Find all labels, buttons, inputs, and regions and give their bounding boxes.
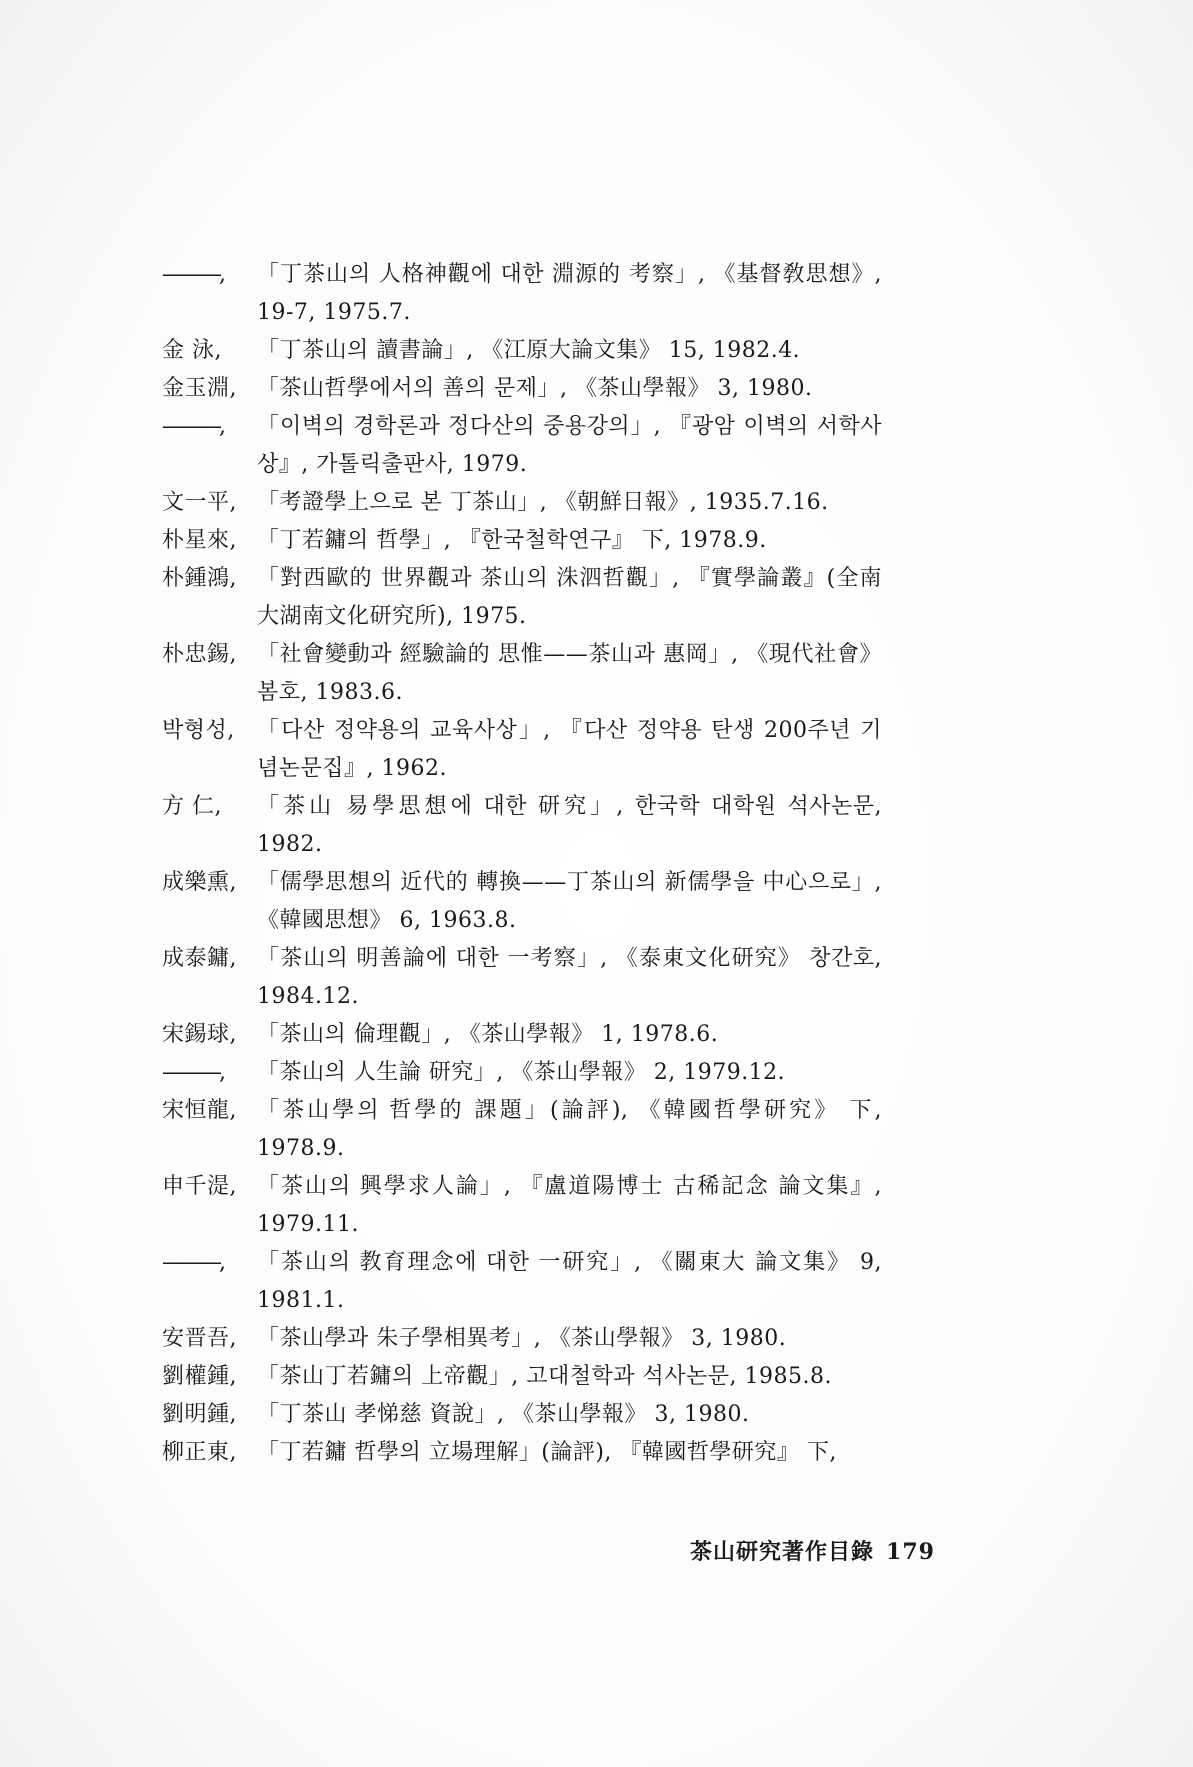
- book-page: ———,「丁茶山의 人格神觀에 대한 淵源的 考察」, 《基督敎思想》, 19-…: [0, 0, 1193, 1767]
- entry-text: 「丁茶山 孝悌慈 資說」, 《茶山學報》 3, 1980.: [257, 1396, 882, 1434]
- entry-author: 申千湜,: [162, 1168, 257, 1244]
- footer-title: 茶山研究著作目錄: [690, 1540, 874, 1565]
- entry-author: 文一平,: [162, 484, 257, 522]
- entry-text: 「茶山의 人生論 研究」, 《茶山學報》 2, 1979.12.: [257, 1054, 882, 1092]
- bibliography-entry: 朴忠錫,「社會變動과 經驗論的 思惟——茶山과 惠岡」, 《現代社會》 봄호, …: [162, 636, 882, 712]
- entry-author: 金玉淵,: [162, 370, 257, 408]
- entry-author: 朴忠錫,: [162, 636, 257, 712]
- running-footer: 茶山研究著作目錄179: [690, 1535, 935, 1566]
- bibliography-entry: 成泰鏞,「茶山의 明善論에 대한 一考察」, 《泰東文化研究》 창간호, 198…: [162, 940, 882, 1016]
- entry-text: 「丁若鏞의 哲學」, 『한국철학연구』 下, 1978.9.: [257, 522, 882, 560]
- bibliography-entry: 宋錫球,「茶山의 倫理觀」, 《茶山學報》 1, 1978.6.: [162, 1016, 882, 1054]
- bibliography-entry: 劉明鍾,「丁茶山 孝悌慈 資說」, 《茶山學報》 3, 1980.: [162, 1396, 882, 1434]
- entry-text: 「丁若鏞 哲學의 立場理解」(論評), 『韓國哲學研究』 下,: [257, 1434, 882, 1472]
- entry-author: 金 泳,: [162, 332, 257, 370]
- bibliography-entry: ———,「이벽의 경학론과 정다산의 중용강의」, 『광암 이벽의 서학사상』,…: [162, 408, 882, 484]
- entry-author: ———,: [162, 408, 257, 484]
- entry-text: 「考證學上으로 본 丁茶山」, 《朝鮮日報》, 1935.7.16.: [257, 484, 882, 522]
- bibliography-entry: ———,「茶山의 教育理念에 대한 一研究」, 《關東大 論文集》 9, 198…: [162, 1244, 882, 1320]
- entry-text: 「茶山의 倫理觀」, 《茶山學報》 1, 1978.6.: [257, 1016, 882, 1054]
- bibliography-entry: ———,「茶山의 人生論 研究」, 《茶山學報》 2, 1979.12.: [162, 1054, 882, 1092]
- entry-author: 成樂熏,: [162, 864, 257, 940]
- entry-text: 「茶山의 興學求人論」, 『盧道陽博士 古稀記念 論文集』, 1979.11.: [257, 1168, 882, 1244]
- entry-author: 劉權鍾,: [162, 1358, 257, 1396]
- entry-text: 「茶山의 明善論에 대한 一考察」, 《泰東文化研究》 창간호, 1984.12…: [257, 940, 882, 1016]
- entry-text: 「茶山 易學思想에 대한 研究」, 한국학 대학원 석사논문, 1982.: [257, 788, 882, 864]
- bibliography-entry: ———,「丁茶山의 人格神觀에 대한 淵源的 考察」, 《基督敎思想》, 19-…: [162, 256, 882, 332]
- entry-author: ———,: [162, 1244, 257, 1320]
- entry-text: 「茶山丁若鏞의 上帝觀」, 고대철학과 석사논문, 1985.8.: [257, 1358, 882, 1396]
- bibliography-entry: 安晋吾,「茶山學과 朱子學相異考」, 《茶山學報》 3, 1980.: [162, 1320, 882, 1358]
- entry-author: 朴星來,: [162, 522, 257, 560]
- entry-author: 朴鍾鴻,: [162, 560, 257, 636]
- entry-text: 「이벽의 경학론과 정다산의 중용강의」, 『광암 이벽의 서학사상』, 가톨릭…: [257, 408, 882, 484]
- entry-text: 「社會變動과 經驗論的 思惟——茶山과 惠岡」, 《現代社會》 봄호, 1983…: [257, 636, 882, 712]
- bibliography-list: ———,「丁茶山의 人格神觀에 대한 淵源的 考察」, 《基督敎思想》, 19-…: [162, 256, 882, 1472]
- entry-author: 柳正東,: [162, 1434, 257, 1472]
- bibliography-entry: 朴星來,「丁若鏞의 哲學」, 『한국철학연구』 下, 1978.9.: [162, 522, 882, 560]
- entry-author: ———,: [162, 1054, 257, 1092]
- entry-author: 安晋吾,: [162, 1320, 257, 1358]
- entry-text: 「丁茶山의 讀書論」, 《江原大論文集》 15, 1982.4.: [257, 332, 882, 370]
- bibliography-entry: 柳正東,「丁若鏞 哲學의 立場理解」(論評), 『韓國哲學研究』 下,: [162, 1434, 882, 1472]
- entry-author: 宋錫球,: [162, 1016, 257, 1054]
- entry-author: ———,: [162, 256, 257, 332]
- entry-text: 「茶山學의 哲學的 課題」(論評), 《韓國哲學研究》 下, 1978.9.: [257, 1092, 882, 1168]
- bibliography-entry: 申千湜,「茶山의 興學求人論」, 『盧道陽博士 古稀記念 論文集』, 1979.…: [162, 1168, 882, 1244]
- entry-author: 方 仁,: [162, 788, 257, 864]
- bibliography-entry: 文一平,「考證學上으로 본 丁茶山」, 《朝鮮日報》, 1935.7.16.: [162, 484, 882, 522]
- bibliography-entry: 宋恒龍,「茶山學의 哲學的 課題」(論評), 《韓國哲學研究》 下, 1978.…: [162, 1092, 882, 1168]
- entry-text: 「茶山哲學에서의 善의 문제」, 《茶山學報》 3, 1980.: [257, 370, 882, 408]
- entry-author: 宋恒龍,: [162, 1092, 257, 1168]
- page-number: 179: [886, 1539, 935, 1565]
- bibliography-entry: 박형성,「다산 정약용의 교육사상」, 『다산 정약용 탄생 200주년 기념논…: [162, 712, 882, 788]
- bibliography-entry: 劉權鍾,「茶山丁若鏞의 上帝觀」, 고대철학과 석사논문, 1985.8.: [162, 1358, 882, 1396]
- entry-text: 「儒學思想의 近代的 轉換——丁茶山의 新儒學을 中心으로」, 《韓國思想》 6…: [257, 864, 882, 940]
- bibliography-entry: 成樂熏,「儒學思想의 近代的 轉換——丁茶山의 新儒學을 中心으로」, 《韓國思…: [162, 864, 882, 940]
- bibliography-entry: 金玉淵,「茶山哲學에서의 善의 문제」, 《茶山學報》 3, 1980.: [162, 370, 882, 408]
- entry-author: 成泰鏞,: [162, 940, 257, 1016]
- entry-text: 「丁茶山의 人格神觀에 대한 淵源的 考察」, 《基督敎思想》, 19-7, 1…: [257, 256, 882, 332]
- entry-text: 「對西歐的 世界觀과 茶山의 洙泗哲觀」, 『實學論叢』(全南大湖南文化研究所)…: [257, 560, 882, 636]
- entry-text: 「茶山學과 朱子學相異考」, 《茶山學報》 3, 1980.: [257, 1320, 882, 1358]
- bibliography-entry: 金 泳,「丁茶山의 讀書論」, 《江原大論文集》 15, 1982.4.: [162, 332, 882, 370]
- entry-author: 劉明鍾,: [162, 1396, 257, 1434]
- bibliography-entry: 方 仁,「茶山 易學思想에 대한 研究」, 한국학 대학원 석사논문, 1982…: [162, 788, 882, 864]
- bibliography-entry: 朴鍾鴻,「對西歐的 世界觀과 茶山의 洙泗哲觀」, 『實學論叢』(全南大湖南文化…: [162, 560, 882, 636]
- entry-text: 「다산 정약용의 교육사상」, 『다산 정약용 탄생 200주년 기념논문집』,…: [257, 712, 882, 788]
- entry-text: 「茶山의 教育理念에 대한 一研究」, 《關東大 論文集》 9, 1981.1.: [257, 1244, 882, 1320]
- entry-author: 박형성,: [162, 712, 257, 788]
